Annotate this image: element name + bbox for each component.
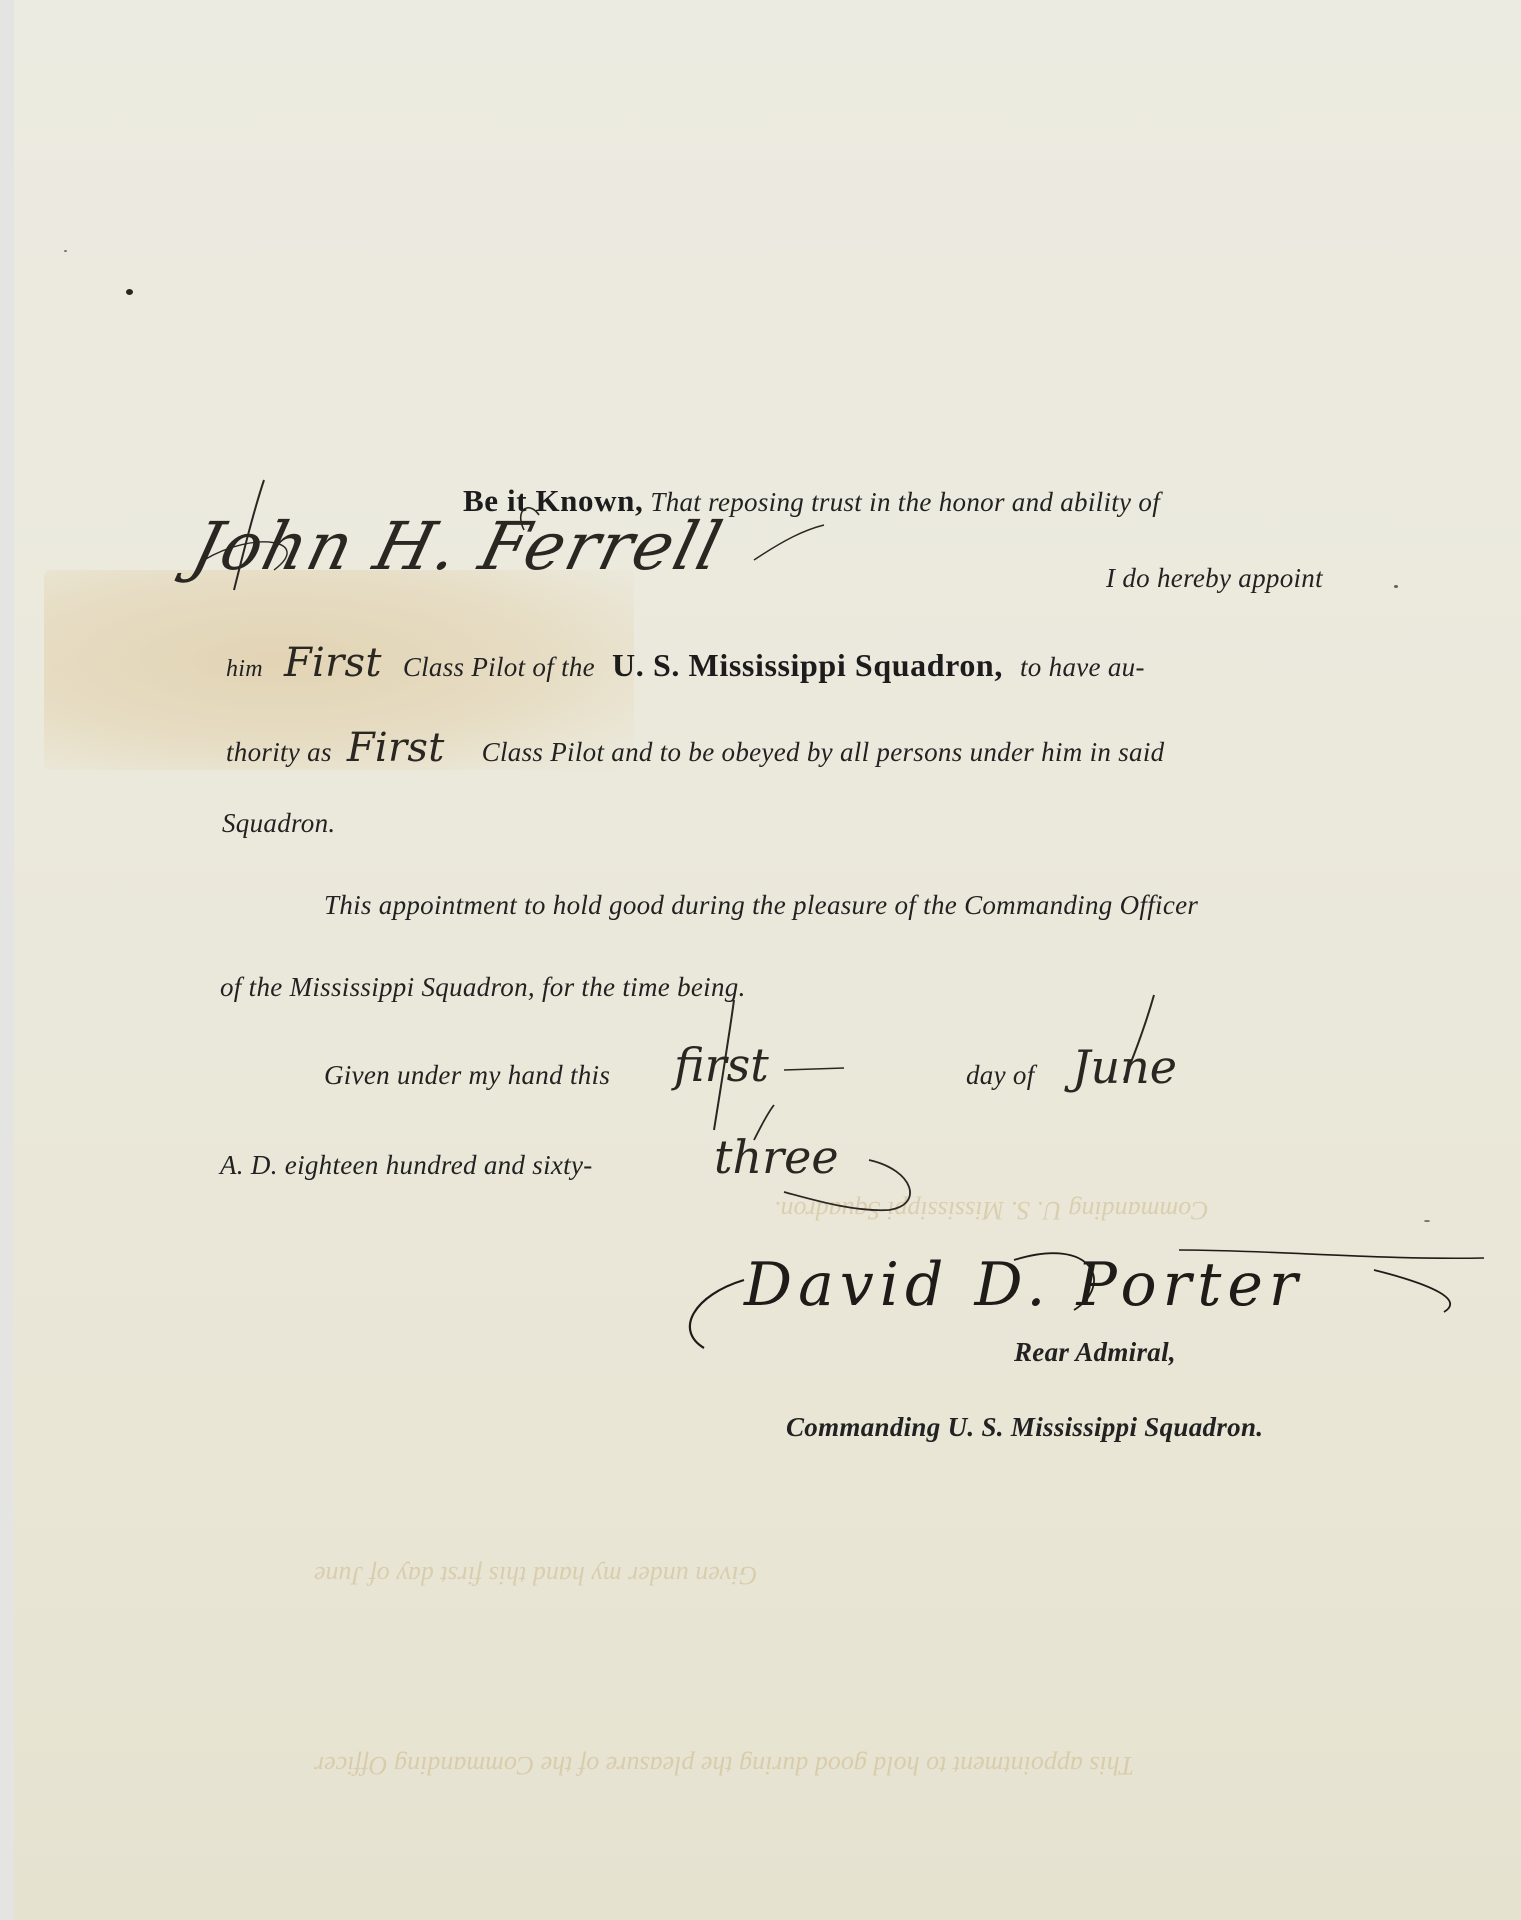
squadron-line: Squadron. <box>222 808 335 839</box>
thority-text: thority as <box>226 737 332 767</box>
ink-speck <box>64 250 67 252</box>
authority-line: thority as First Class Pilot and to be o… <box>226 725 1164 771</box>
ink-speck <box>1424 1220 1430 1222</box>
class-pilot-text: Class Pilot of the <box>403 652 595 682</box>
squadron-name: U. S. Mississippi Squadron, <box>612 647 1003 683</box>
bleed-through-text: This appointment to hold good during the… <box>314 1750 1134 1780</box>
given-line: Given under my hand this <box>324 1060 610 1091</box>
name-flourish <box>194 470 834 610</box>
document-paper: Commanding U. S. Mississippi Squadron. G… <box>14 0 1521 1920</box>
rank-handwritten: First <box>284 640 382 686</box>
signatory-title: Rear Admiral, <box>1014 1337 1176 1368</box>
ink-speck <box>126 289 133 295</box>
ink-speck <box>1394 585 1398 588</box>
appoint-phrase: I do hereby appoint <box>1106 563 1323 594</box>
rank-handwritten-2: First <box>347 725 445 771</box>
given-text: Given under my hand this <box>324 1060 610 1090</box>
appointment-terms-line1: This appointment to hold good during the… <box>324 890 1198 921</box>
obey-text: Class Pilot and to be obeyed by all pers… <box>482 737 1165 767</box>
to-have-text: to have au- <box>1020 652 1145 682</box>
bleed-through-text: Given under my hand this first day of Ju… <box>314 1560 757 1590</box>
signatory-command: Commanding U. S. Mississippi Squadron. <box>786 1412 1263 1443</box>
year-line: A. D. eighteen hundred and sixty- <box>220 1150 593 1181</box>
year-flourish <box>704 1100 944 1220</box>
him-text: him <box>226 656 263 682</box>
rank-line: him First Class Pilot of the U. S. Missi… <box>226 640 1145 686</box>
